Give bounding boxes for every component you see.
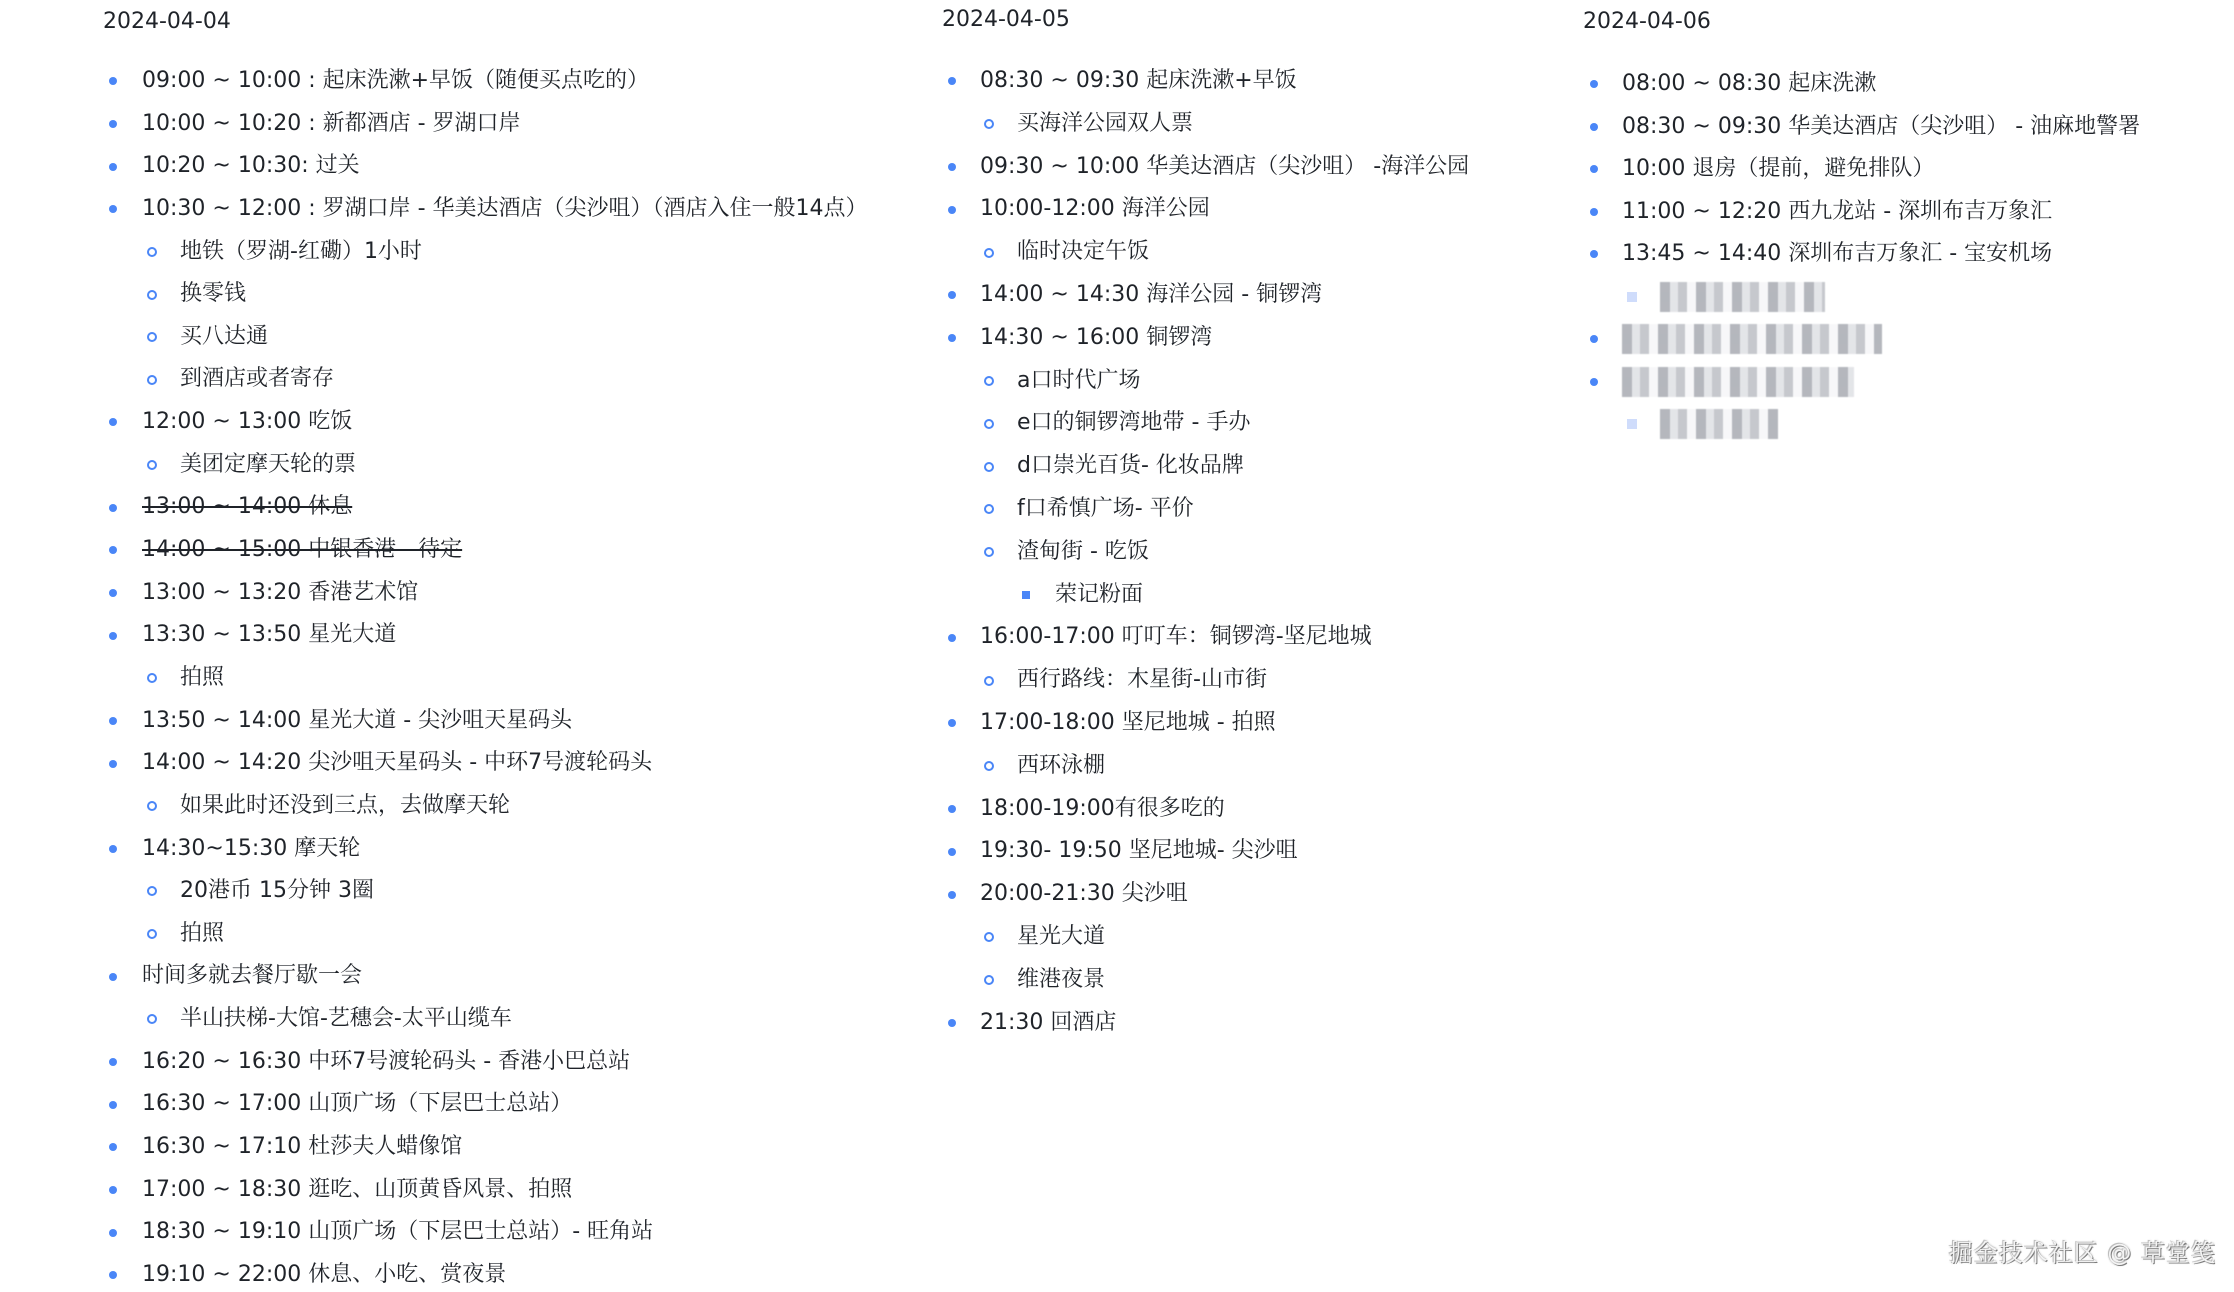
item-text: 21:30 回酒店 [980, 1010, 1116, 1035]
sub-list-item: 美团定摩天轮的票 [103, 444, 868, 487]
sub-list-item: 渣甸街 - 吃饭 [942, 531, 1469, 574]
list-item: 08:00 ~ 08:30 起床洗漱 [1583, 63, 2140, 106]
sub-list-item: 地铁（罗湖-红磡）1小时 [103, 231, 868, 274]
bullet-dot-icon [109, 77, 117, 85]
item-text: 13:30 ~ 13:50 星光大道 [142, 622, 396, 647]
list-item: 12:00 ~ 13:00 吃饭 [103, 401, 868, 444]
list-item: 10:00-12:00 海洋公园 [942, 188, 1469, 231]
item-text: 16:20 ~ 16:30 中环7号渡轮码头 - 香港小巴总站 [142, 1049, 630, 1074]
sub-list-item: e口的铜锣湾地带 - 手办 [942, 402, 1469, 445]
bullet-circle-icon [147, 332, 157, 342]
bullet-circle-icon [147, 929, 157, 939]
bullet-dot-icon [1590, 250, 1598, 258]
item-text: 13:00 ~ 13:20 香港艺术馆 [142, 580, 418, 605]
sub-list-item: 如果此时还没到三点，去做摩天轮 [103, 785, 868, 828]
itinerary-list: 09:00 ~ 10:00 : 起床洗漱+早饭（随便买点吃的）10:00 ~ 1… [103, 60, 868, 1292]
day-date: 2024-04-05 [942, 5, 1070, 35]
bullet-dot-icon [109, 205, 117, 213]
list-item: 10:00 ~ 10:20 : 新都酒店 - 罗湖口岸 [103, 103, 868, 146]
item-text: 买八达通 [180, 324, 268, 349]
sub-list-item: 西环泳棚 [942, 745, 1469, 788]
redacted-text [1622, 324, 1882, 354]
redacted-bullet-icon [1627, 292, 1637, 302]
sub-list-item: a口时代广场 [942, 360, 1469, 403]
list-item: 10:00 退房（提前，避免排队） [1583, 148, 2140, 191]
list-item: 18:00-19:00有很多吃的 [942, 788, 1469, 831]
bullet-circle-icon [984, 932, 994, 942]
item-text: 如果此时还没到三点，去做摩天轮 [180, 793, 510, 818]
bullet-dot-icon [109, 163, 117, 171]
bullet-circle-icon [147, 375, 157, 385]
bullet-dot-icon [948, 206, 956, 214]
bullet-circle-icon [147, 290, 157, 300]
bullet-dot-icon [1590, 165, 1598, 173]
sub-list-item: 维港夜景 [942, 959, 1469, 1002]
item-text: 16:30 ~ 17:10 杜莎夫人蜡像馆 [142, 1134, 462, 1159]
bullet-circle-icon [984, 419, 994, 429]
bullet-circle-icon [984, 676, 994, 686]
list-item: 16:30 ~ 17:10 杜莎夫人蜡像馆 [103, 1126, 868, 1169]
bullet-circle-icon [147, 673, 157, 683]
item-text: e口的铜锣湾地带 - 手办 [1017, 410, 1250, 435]
item-text: 临时决定午饭 [1017, 239, 1149, 264]
list-item: 10:30 ~ 12:00 : 罗湖口岸 - 华美达酒店（尖沙咀）（酒店入住一般… [103, 188, 868, 231]
bullet-dot-icon [109, 760, 117, 768]
item-text: 12:00 ~ 13:00 吃饭 [142, 409, 352, 434]
list-item: 10:20 ~ 10:30: 过关 [103, 145, 868, 188]
bullet-dot-icon [948, 334, 956, 342]
item-text: 17:00 ~ 18:30 逛吃、山顶黄昏风景、拍照 [142, 1177, 572, 1202]
sub-list-item: 买海洋公园双人票 [942, 103, 1469, 146]
bullet-dot-icon [948, 163, 956, 171]
item-text: f口希慎广场- 平价 [1017, 496, 1194, 521]
list-item: 13:00 ~ 13:20 香港艺术馆 [103, 572, 868, 615]
sub-list-item: 买八达通 [103, 316, 868, 359]
item-text: 16:30 ~ 17:00 山顶广场（下层巴士总站） [142, 1091, 572, 1116]
item-text: 09:00 ~ 10:00 : 起床洗漱+早饭（随便买点吃的） [142, 68, 649, 93]
item-text: 08:30 ~ 09:30 华美达酒店（尖沙咀） - 油麻地警署 [1622, 114, 2140, 139]
list-item: 13:30 ~ 13:50 星光大道 [103, 614, 868, 657]
list-item: 09:30 ~ 10:00 华美达酒店（尖沙咀） -海洋公园 [942, 146, 1469, 189]
bullet-dot-icon [109, 589, 117, 597]
bullet-dot-icon [109, 418, 117, 426]
bullet-dot-icon [948, 1019, 956, 1027]
sub-list-item: 星光大道 [942, 916, 1469, 959]
bullet-circle-icon [984, 248, 994, 258]
item-text: 时间多就去餐厅歇一会 [142, 963, 362, 988]
item-text: 18:30 ~ 19:10 山顶广场（下层巴士总站）- 旺角站 [142, 1219, 653, 1244]
bullet-dot-icon [1590, 208, 1598, 216]
item-text: 西环泳棚 [1017, 753, 1105, 778]
bullet-dot-icon [948, 848, 956, 856]
bullet-circle-icon [984, 504, 994, 514]
sub-sub-list-item: 荣记粉面 [942, 574, 1469, 617]
item-text: 拍照 [180, 665, 224, 690]
sub-list-item [1583, 276, 2140, 319]
item-text: 19:30- 19:50 坚尼地城- 尖沙咀 [980, 838, 1298, 863]
bullet-circle-icon [984, 761, 994, 771]
bullet-dot-icon [109, 1143, 117, 1151]
redacted-bullet-icon [1627, 419, 1637, 429]
item-text: 美团定摩天轮的票 [180, 452, 356, 477]
sub-list-item [1583, 403, 2140, 446]
bullet-dot-icon [1590, 123, 1598, 131]
bullet-dot-icon [109, 717, 117, 725]
sub-list-item: 换零钱 [103, 273, 868, 316]
item-text: 维港夜景 [1017, 967, 1105, 992]
bullet-dot-icon [109, 845, 117, 853]
item-text: 14:30~15:30 摩天轮 [142, 836, 360, 861]
item-text: 16:00-17:00 叮叮车：铜锣湾-坚尼地城 [980, 624, 1372, 649]
item-text: 半山扶梯-大馆-艺穗会-太平山缆车 [180, 1006, 512, 1031]
item-text: 10:20 ~ 10:30: 过关 [142, 153, 360, 178]
bullet-dot-icon [109, 1058, 117, 1066]
list-item: 17:00-18:00 坚尼地城 - 拍照 [942, 702, 1469, 745]
list-item: 14:00 ~ 14:20 尖沙咀天星码头 - 中环7号渡轮码头 [103, 742, 868, 785]
item-text: a口时代广场 [1017, 368, 1140, 393]
itinerary-list: 08:30 ~ 09:30 起床洗漱+早饭买海洋公园双人票09:30 ~ 10:… [942, 60, 1469, 1044]
bullet-dot-icon [1590, 378, 1598, 386]
item-text: d口崇光百货- 化妆品牌 [1017, 453, 1244, 478]
item-text: 地铁（罗湖-红磡）1小时 [180, 239, 422, 264]
bullet-circle-icon [147, 247, 157, 257]
bullet-dot-icon [948, 634, 956, 642]
item-text: 08:30 ~ 09:30 起床洗漱+早饭 [980, 68, 1297, 93]
item-text: 荣记粉面 [1055, 582, 1143, 607]
sub-list-item: 临时决定午饭 [942, 231, 1469, 274]
item-text: 09:30 ~ 10:00 华美达酒店（尖沙咀） -海洋公园 [980, 154, 1469, 179]
bullet-dot-icon [109, 546, 117, 554]
bullet-dot-icon [109, 1101, 117, 1109]
item-text: 20港币 15分钟 3圈 [180, 878, 374, 903]
item-text: 10:30 ~ 12:00 : 罗湖口岸 - 华美达酒店（尖沙咀）（酒店入住一般… [142, 196, 868, 221]
item-text: 20:00-21:30 尖沙咀 [980, 881, 1188, 906]
item-text: 到酒店或者寄存 [180, 366, 334, 391]
list-item: 16:20 ~ 16:30 中环7号渡轮码头 - 香港小巴总站 [103, 1041, 868, 1084]
item-text: 西行路线：木星街-山市街 [1017, 667, 1267, 692]
redacted-text [1622, 367, 1854, 397]
bullet-circle-icon [147, 460, 157, 470]
item-text: 13:45 ~ 14:40 深圳布吉万象汇 - 宝安机场 [1622, 241, 2052, 266]
bullet-dot-icon [109, 120, 117, 128]
day-date: 2024-04-06 [1583, 7, 1711, 37]
bullet-circle-icon [147, 801, 157, 811]
item-text: 10:00-12:00 海洋公园 [980, 196, 1210, 221]
bullet-circle-icon [984, 376, 994, 386]
item-text: 渣甸街 - 吃饭 [1017, 539, 1149, 564]
list-item [1583, 318, 2140, 361]
bullet-square-icon [1022, 591, 1030, 599]
bullet-dot-icon [1590, 80, 1598, 88]
redacted-text [1660, 282, 1825, 312]
list-item [1583, 361, 2140, 404]
item-text: 拍照 [180, 921, 224, 946]
bullet-dot-icon [109, 632, 117, 640]
sub-list-item: 拍照 [103, 913, 868, 956]
list-item: 21:30 回酒店 [942, 1002, 1469, 1045]
list-item: 14:00 ~ 14:30 海洋公园 - 铜锣湾 [942, 274, 1469, 317]
item-text: 换零钱 [180, 281, 246, 306]
bullet-dot-icon [948, 291, 956, 299]
list-item: 16:30 ~ 17:00 山顶广场（下层巴士总站） [103, 1083, 868, 1126]
list-item: 14:30~15:30 摩天轮 [103, 828, 868, 871]
list-item: 14:30 ~ 16:00 铜锣湾 [942, 317, 1469, 360]
list-item: 14:00 ~ 15:00 中银香港 - 待定 [103, 529, 868, 572]
item-text: 11:00 ~ 12:20 西九龙站 - 深圳布吉万象汇 [1622, 199, 2052, 224]
bullet-circle-icon [147, 886, 157, 896]
bullet-circle-icon [984, 975, 994, 985]
sub-list-item: 拍照 [103, 657, 868, 700]
item-text: 买海洋公园双人票 [1017, 111, 1193, 136]
bullet-circle-icon [984, 119, 994, 129]
item-text: 13:00 ~ 14:00 休息 [142, 494, 352, 519]
list-item: 19:10 ~ 22:00 休息、小吃、赏夜景 [103, 1254, 868, 1292]
list-item: 时间多就去餐厅歇一会 [103, 955, 868, 998]
list-item: 08:30 ~ 09:30 华美达酒店（尖沙咀） - 油麻地警署 [1583, 106, 2140, 149]
list-item: 17:00 ~ 18:30 逛吃、山顶黄昏风景、拍照 [103, 1169, 868, 1212]
sub-list-item: 西行路线：木星街-山市街 [942, 659, 1469, 702]
item-text: 10:00 ~ 10:20 : 新都酒店 - 罗湖口岸 [142, 111, 521, 136]
list-item: 13:50 ~ 14:00 星光大道 - 尖沙咀天星码头 [103, 700, 868, 743]
item-text: 14:00 ~ 15:00 中银香港 - 待定 [142, 537, 462, 562]
bullet-circle-icon [984, 547, 994, 557]
sub-list-item: 20港币 15分钟 3圈 [103, 870, 868, 913]
item-text: 18:00-19:00有很多吃的 [980, 796, 1225, 821]
list-item: 08:30 ~ 09:30 起床洗漱+早饭 [942, 60, 1469, 103]
item-text: 08:00 ~ 08:30 起床洗漱 [1622, 71, 1876, 96]
bullet-dot-icon [948, 719, 956, 727]
item-text: 星光大道 [1017, 924, 1105, 949]
sub-list-item: 半山扶梯-大馆-艺穗会-太平山缆车 [103, 998, 868, 1041]
bullet-circle-icon [984, 462, 994, 472]
itinerary-list: 08:00 ~ 08:30 起床洗漱08:30 ~ 09:30 华美达酒店（尖沙… [1583, 63, 2140, 446]
list-item: 20:00-21:30 尖沙咀 [942, 873, 1469, 916]
bullet-dot-icon [109, 973, 117, 981]
list-item: 11:00 ~ 12:20 西九龙站 - 深圳布吉万象汇 [1583, 191, 2140, 234]
sub-list-item: f口希慎广场- 平价 [942, 488, 1469, 531]
bullet-dot-icon [109, 504, 117, 512]
bullet-dot-icon [948, 891, 956, 899]
bullet-dot-icon [1590, 335, 1598, 343]
list-item: 13:45 ~ 14:40 深圳布吉万象汇 - 宝安机场 [1583, 233, 2140, 276]
list-item: 13:00 ~ 14:00 休息 [103, 486, 868, 529]
item-text: 10:00 退房（提前，避免排队） [1622, 156, 1934, 181]
item-text: 17:00-18:00 坚尼地城 - 拍照 [980, 710, 1276, 735]
item-text: 13:50 ~ 14:00 星光大道 - 尖沙咀天星码头 [142, 708, 572, 733]
item-text: 14:30 ~ 16:00 铜锣湾 [980, 325, 1212, 350]
sub-list-item: d口崇光百货- 化妆品牌 [942, 445, 1469, 488]
bullet-dot-icon [948, 77, 956, 85]
item-text: 14:00 ~ 14:20 尖沙咀天星码头 - 中环7号渡轮码头 [142, 750, 652, 775]
bullet-dot-icon [109, 1229, 117, 1237]
bullet-dot-icon [109, 1271, 117, 1279]
day-date: 2024-04-04 [103, 7, 231, 37]
bullet-dot-icon [109, 1186, 117, 1194]
list-item: 18:30 ~ 19:10 山顶广场（下层巴士总站）- 旺角站 [103, 1211, 868, 1254]
watermark: 掘金技术社区 @ 草堂笺 [1949, 1233, 2216, 1268]
list-item: 19:30- 19:50 坚尼地城- 尖沙咀 [942, 830, 1469, 873]
item-text: 19:10 ~ 22:00 休息、小吃、赏夜景 [142, 1262, 506, 1287]
item-text: 14:00 ~ 14:30 海洋公园 - 铜锣湾 [980, 282, 1322, 307]
list-item: 09:00 ~ 10:00 : 起床洗漱+早饭（随便买点吃的） [103, 60, 868, 103]
redacted-text [1660, 409, 1778, 439]
bullet-circle-icon [147, 1014, 157, 1024]
sub-list-item: 到酒店或者寄存 [103, 358, 868, 401]
bullet-dot-icon [948, 805, 956, 813]
list-item: 16:00-17:00 叮叮车：铜锣湾-坚尼地城 [942, 616, 1469, 659]
